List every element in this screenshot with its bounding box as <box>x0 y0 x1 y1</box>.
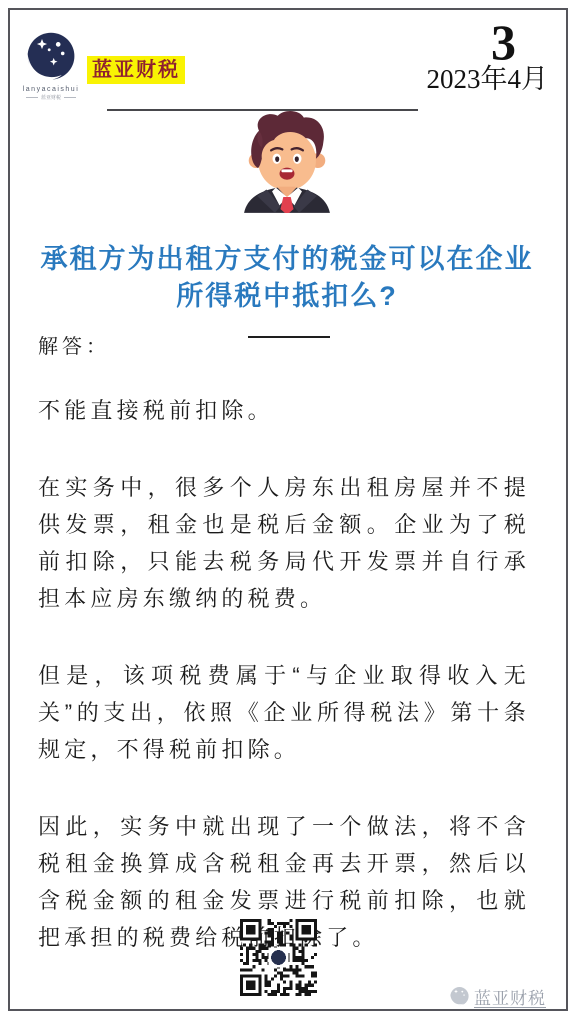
footer-brand: 蓝亚财税 <box>449 984 546 1009</box>
article-body: 不能直接税前扣除。 在实务中，很多个人房东出租房屋并不提供发票，租金也是税后金额… <box>38 392 530 996</box>
footer-logo-icon <box>449 986 470 1007</box>
paragraph: 在实务中，很多个人房东出租房屋并不提供发票，租金也是税后金额。企业为了税前扣除，… <box>38 469 530 617</box>
paragraph: 但是，该项税费属于“与企业取得收入无关”的支出，依照《企业所得税法》第十条规定，… <box>38 657 530 768</box>
issue-number: 3 <box>491 16 516 68</box>
issue-date: 2023年4月 <box>427 64 549 94</box>
brand-name-highlight: 蓝亚财税 <box>87 56 185 84</box>
logo-caption: 蓝亚财税 <box>12 94 90 101</box>
footer-brand-text: 蓝亚财税 <box>474 984 546 1009</box>
logo-latin-text: lanyacaishui <box>12 86 90 93</box>
article-title: 承租方为出租方支付的税金可以在企业所得税中抵扣么? <box>28 241 546 315</box>
answer-label: 解答： <box>38 330 110 359</box>
moon-stars-logo-icon <box>24 30 78 84</box>
businessman-avatar-icon <box>231 110 343 213</box>
paragraph: 不能直接税前扣除。 <box>38 392 530 429</box>
title-underline <box>248 336 330 338</box>
qr-code <box>240 919 317 996</box>
newsletter-page: lanyacaishui 蓝亚财税 蓝亚财税 3 2023年4月 <box>0 0 574 1024</box>
